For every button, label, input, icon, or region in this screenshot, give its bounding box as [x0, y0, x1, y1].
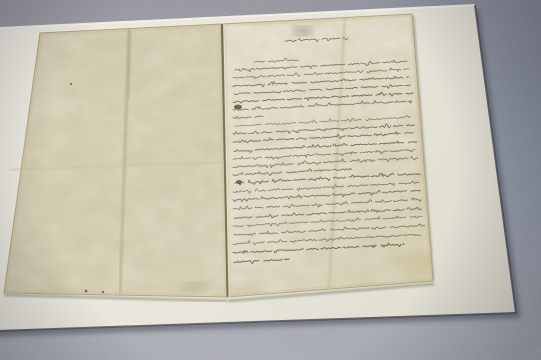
scene-svg	[0, 0, 541, 360]
letter-photograph	[0, 0, 541, 360]
photo-grain	[0, 0, 541, 360]
